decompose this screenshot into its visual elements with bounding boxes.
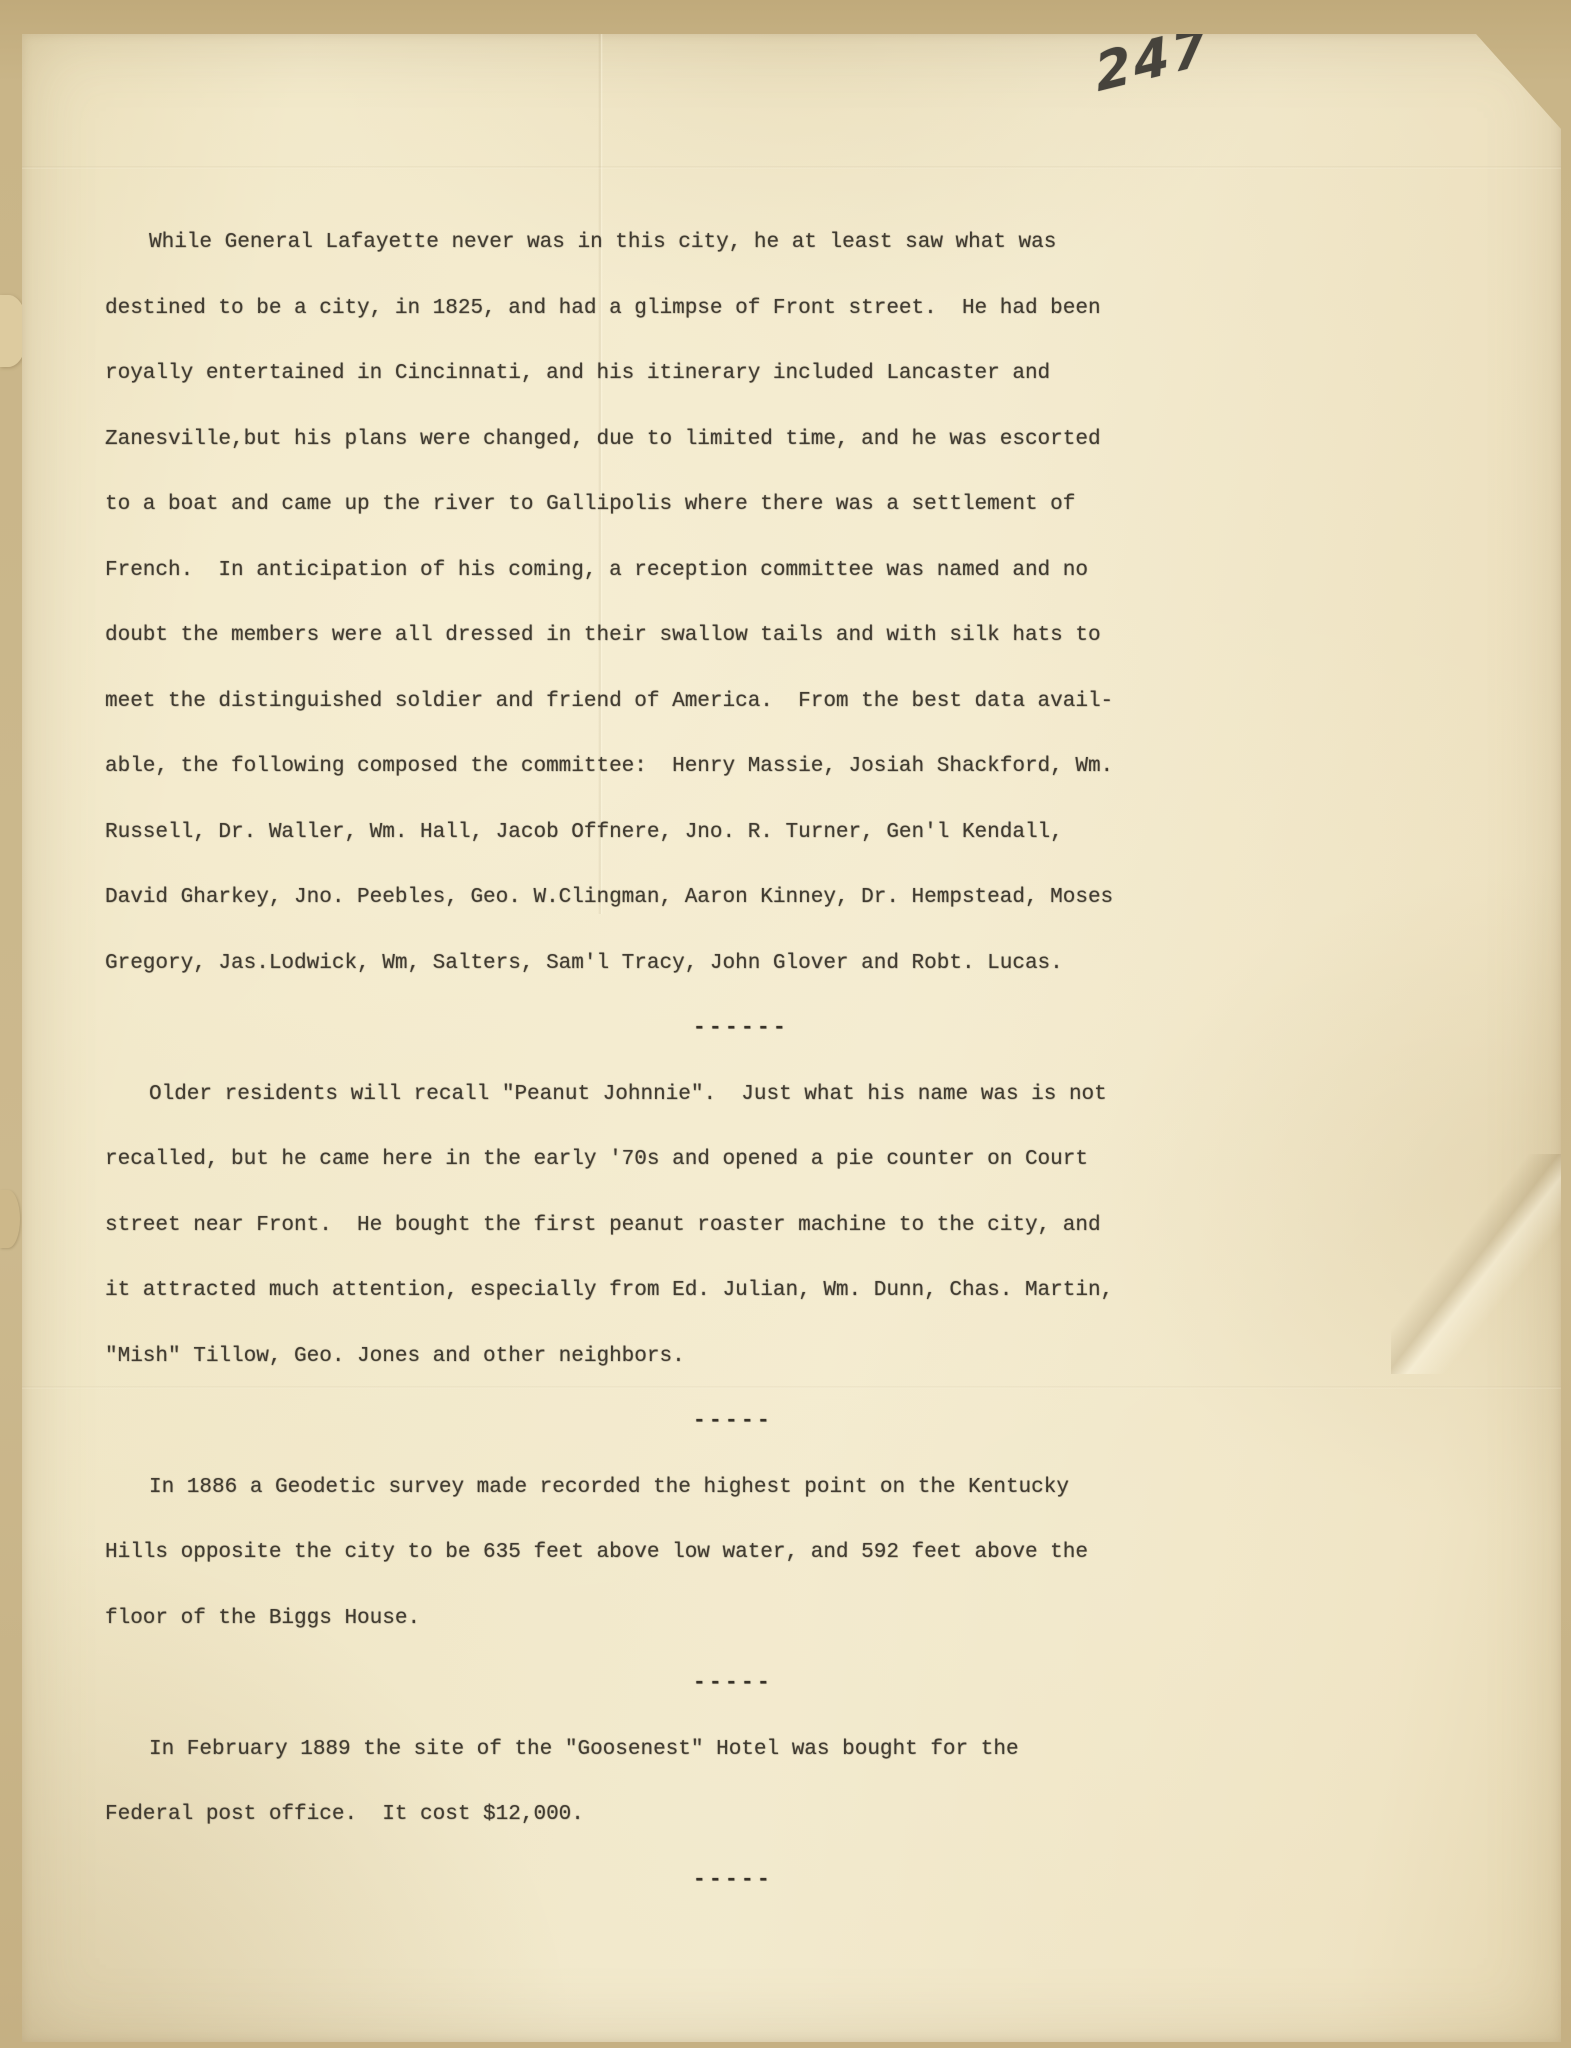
typed-line: destined to be a city, in 1825, and had …: [105, 276, 1120, 342]
typed-line: street near Front. He bought the first p…: [105, 1193, 1120, 1259]
typed-line: In February 1889 the site of the "Goosen…: [105, 1717, 1120, 1783]
typed-line: Older residents will recall "Peanut John…: [105, 1062, 1120, 1128]
typed-line: David Gharkey, Jno. Peebles, Geo. W.Clin…: [105, 865, 1120, 931]
typed-line: Hills opposite the city to be 635 feet a…: [105, 1520, 1120, 1586]
typed-line: Federal post office. It cost $12,000.: [105, 1782, 1120, 1848]
typed-line: Gregory, Jas.Lodwick, Wm, Salters, Sam'l…: [105, 931, 1120, 997]
typed-line: "Mish" Tillow, Geo. Jones and other neig…: [105, 1324, 1120, 1390]
typed-separator: -----: [105, 1848, 1120, 1914]
typed-line: doubt the members were all dressed in th…: [105, 603, 1120, 669]
typed-line: In 1886 a Geodetic survey made recorded …: [105, 1455, 1120, 1521]
typed-line: meet the distinguished soldier and frien…: [105, 669, 1120, 735]
typed-line: floor of the Biggs House.: [105, 1586, 1120, 1652]
typed-line: Russell, Dr. Waller, Wm. Hall, Jacob Off…: [105, 800, 1120, 866]
paper-sheet: 247 While General Lafayette never was in…: [22, 34, 1561, 2042]
typed-line: French. In anticipation of his coming, a…: [105, 538, 1120, 604]
scanned-page: 247 While General Lafayette never was in…: [0, 0, 1571, 2048]
paragraph: While General Lafayette never was in thi…: [105, 210, 1120, 996]
typed-line: Zanesville,but his plans were changed, d…: [105, 407, 1120, 473]
typed-line: royally entertained in Cincinnati, and h…: [105, 341, 1120, 407]
typed-separator: -----: [105, 1389, 1120, 1455]
typed-line: to a boat and came up the river to Galli…: [105, 472, 1120, 538]
paragraph: In February 1889 the site of the "Goosen…: [105, 1717, 1120, 1848]
typed-line: able, the following composed the committ…: [105, 734, 1120, 800]
page-number-handwritten: 247: [1092, 16, 1213, 104]
typewritten-text-body: While General Lafayette never was in thi…: [105, 210, 1120, 1913]
right-edge-fold-mark: [1391, 1154, 1561, 1374]
typed-line: While General Lafayette never was in thi…: [105, 210, 1120, 276]
typed-line: it attracted much attention, especially …: [105, 1258, 1120, 1324]
typed-line: recalled, but he came here in the early …: [105, 1127, 1120, 1193]
horizontal-fold-crease: [22, 166, 1561, 169]
paragraph: In 1886 a Geodetic survey made recorded …: [105, 1455, 1120, 1652]
typed-separator: -----: [105, 1651, 1120, 1717]
paragraph: Older residents will recall "Peanut John…: [105, 1062, 1120, 1390]
typed-separator: ------: [105, 996, 1120, 1062]
left-edge-tear: [0, 1190, 20, 1248]
